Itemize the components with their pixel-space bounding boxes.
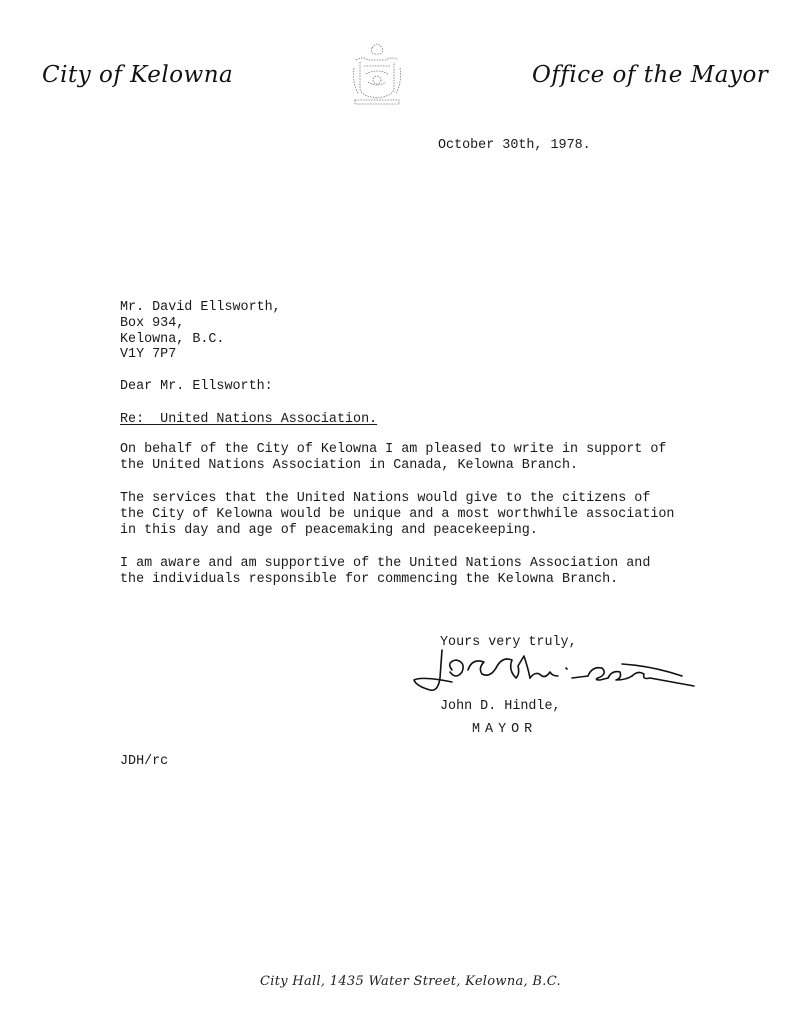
body-paragraph-1: On behalf of the City of Kelowna I am pl… [120,442,666,474]
signer-title: MAYOR [472,722,537,738]
salutation: Dear Mr. Ellsworth: [120,379,273,395]
body-paragraph-3: I am aware and am supportive of the Unit… [120,556,650,588]
reference-initials: JDH/rc [120,754,168,770]
recipient-name: Mr. David Ellsworth, [120,300,281,316]
letterhead-office-name: Office of the Mayor [532,62,768,88]
letter-date: October 30th, 1978. [438,138,591,154]
signer-name: John D. Hindle, [440,699,561,715]
footer-address: City Hall, 1435 Water Street, Kelowna, B… [260,974,561,989]
handwritten-signature-icon [412,648,702,696]
subject-line: Re: United Nations Association. [120,412,377,428]
recipient-address: Mr. David Ellsworth,Box 934,Kelowna, B.C… [120,300,281,363]
body-paragraph-2: The services that the United Nations wou… [120,491,674,538]
recipient-box: Box 934, [120,316,281,332]
city-coat-of-arms-icon [352,38,402,106]
recipient-city: Kelowna, B.C. [120,332,281,348]
recipient-postal-code: V1Y 7P7 [120,347,281,363]
letterhead-city-name: City of Kelowna [42,62,233,88]
